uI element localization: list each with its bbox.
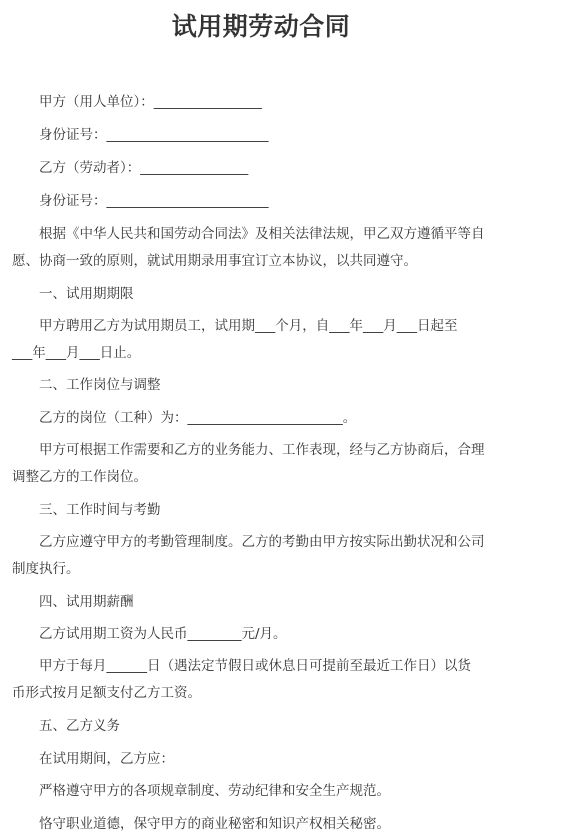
probation-term-line-1: 甲方聘用乙方为试用期员工，试用期___个月，自___年___月___日起至 bbox=[12, 316, 549, 336]
obligation-item-2: 恪守职业道德，保守甲方的商业秘密和知识产权相关秘密。 bbox=[12, 814, 549, 834]
document-title: 试用期劳动合同 bbox=[0, 10, 522, 44]
party-b-id-line: 身份证号：________________________ bbox=[12, 191, 549, 211]
attendance-line-2: 制度执行。 bbox=[12, 559, 522, 579]
section-heading-3: 三、工作时间与考勤 bbox=[12, 500, 549, 520]
position-line: 乙方的岗位（工种）为：_______________________。 bbox=[12, 408, 549, 428]
obligation-item-1: 严格遵守甲方的各项规章制度、劳动纪律和安全生产规范。 bbox=[12, 781, 549, 801]
attendance-line-1: 乙方应遵守甲方的考勤管理制度。乙方的考勤由甲方按实际出勤状况和公司 bbox=[12, 532, 549, 552]
section-heading-2: 二、工作岗位与调整 bbox=[12, 375, 549, 395]
obligations-intro-line: 在试用期间，乙方应： bbox=[12, 749, 549, 769]
salary-payment-line-1: 甲方于每月______日（遇法定节假日或休息日可提前至最近工作日）以货 bbox=[12, 656, 549, 676]
preamble-line-1: 根据《中华人民共和国劳动合同法》及相关法律法规，甲乙双方遵循平等自 bbox=[12, 224, 549, 244]
probation-term-line-2: ___年___月___日止。 bbox=[12, 343, 522, 363]
preamble-line-2: 愿、协商一致的原则，就试用期录用事宜订立本协议，以共同遵守。 bbox=[12, 251, 522, 271]
party-b-name-line: 乙方（劳动者）：________________ bbox=[12, 158, 549, 178]
salary-payment-line-2: 币形式按月足额支付乙方工资。 bbox=[12, 683, 522, 703]
salary-amount-line: 乙方试用期工资为人民币________元/月。 bbox=[12, 624, 549, 644]
position-adjust-line-2: 调整乙方的工作岗位。 bbox=[12, 467, 522, 487]
position-adjust-line-1: 甲方可根据工作需要和乙方的业务能力、工作表现，经与乙方协商后，合理 bbox=[12, 440, 549, 460]
section-heading-5: 五、乙方义务 bbox=[12, 716, 549, 736]
section-heading-1: 一、试用期期限 bbox=[12, 284, 549, 304]
party-a-name-line: 甲方（用人单位）：________________ bbox=[12, 92, 549, 112]
section-heading-4: 四、试用期薪酬 bbox=[12, 592, 549, 612]
party-a-id-line: 身份证号：________________________ bbox=[12, 125, 549, 145]
